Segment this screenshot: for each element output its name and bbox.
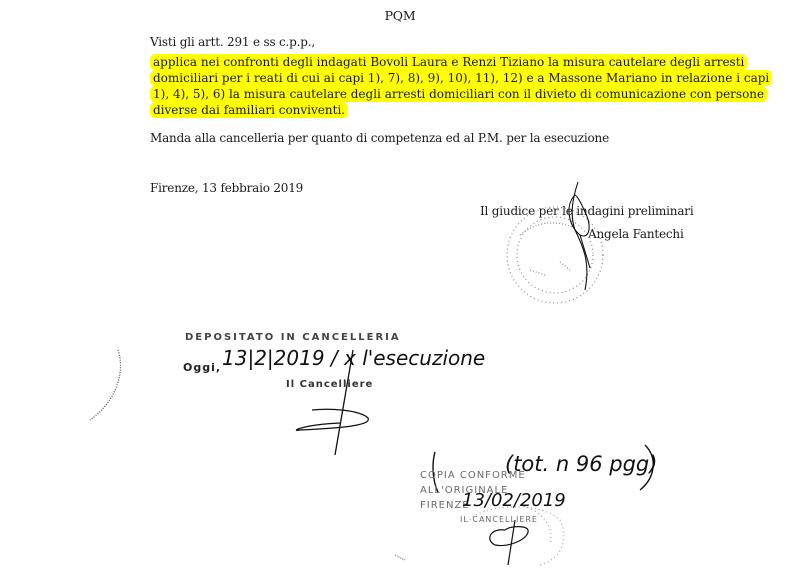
copy-seal-icon [470, 505, 564, 565]
deposit-stamp-prefix: Oggi, [183, 361, 221, 374]
partial-seal-icon [90, 350, 121, 420]
deposit-handwritten-note: 13|2|2019 / x l'esecuzione [222, 346, 485, 370]
judge-signature-icon [569, 182, 590, 290]
deposit-stamp-footer: Il Cancelliere [286, 379, 373, 390]
stamps-and-signatures [0, 0, 800, 576]
document-page: PQM Visti gli artt. 291 e ss c.p.p., app… [0, 0, 800, 576]
copy-handwritten-date: 13/02/2019 [462, 490, 566, 511]
copy-stamp-footer: IL CANCELLIERE [460, 515, 538, 524]
copy-handwritten-note: (tot. n 96 pgg) [505, 452, 657, 476]
deposit-stamp-header: DEPOSITATO IN CANCELLERIA [185, 332, 401, 343]
